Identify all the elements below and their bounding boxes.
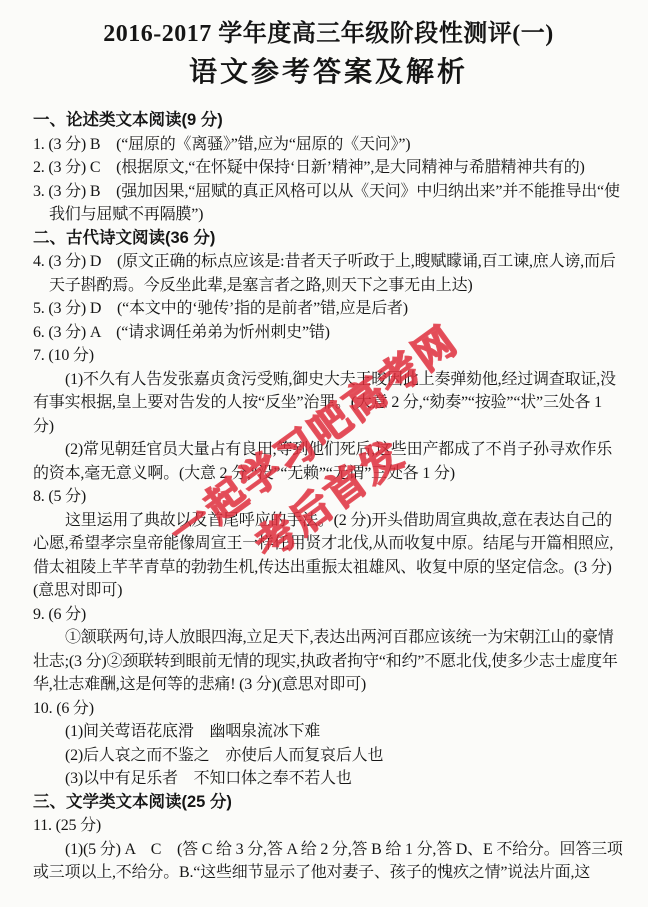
section-3-heading: 三、文学类文本阅读(25 分) [33,791,624,815]
answer-content: 一、论述类文本阅读(9 分) 1. (3 分) B (“屈原的《离骚》”错,应为… [33,109,624,885]
answer-line-q10-head: 10. (6 分) [33,697,624,721]
answer-line-q5: 5. (3 分) D (“本文中的‘驰传’指的是前者”错,应是后者) [33,297,624,321]
answer-line-q3: 3. (3 分) B (强加因果,“屈赋的真正风格可以从《天问》中归纳出来”并不… [33,180,624,227]
answer-line-q8-head: 8. (5 分) [33,485,624,509]
answer-para-q9: ①颔联两句,诗人放眼四海,立足天下,表达出两河百郡应该统一为宋朝江山的豪情壮志;… [33,626,624,697]
answer-para-q8: 这里运用了典故以及首尾呼应的手法。(2 分)开头借助周宣典故,意在表达自己的心愿… [33,509,624,580]
answer-para-q11-1: (1)(5 分) A C (答 C 给 3 分,答 A 给 2 分,答 B 给 … [33,838,624,885]
answer-line-q10-2: (2)后人哀之而不鉴之 亦使后人而复哀后人也 [33,744,624,768]
page-title: 语文参考答案及解析 [33,50,624,90]
answer-key-page: 2016-2017 学年度高三年级阶段性测评(一) 语文参考答案及解析 一、论述… [0,0,648,907]
answer-line-q6: 6. (3 分) A (“请求调任弟弟为忻州刺史”错) [33,321,624,345]
answer-line-q1: 1. (3 分) B (“屈原的《离骚》”错,应为“屈原的《天问》”) [33,133,624,157]
answer-para-q7-2: (2)常见朝廷官员大量占有良田,等到他们死后,这些田产都成了不肖子孙寻欢作乐的资… [33,438,624,485]
answer-line-q7-head: 7. (10 分) [33,344,624,368]
answer-para-q7-1: (1)不久有人告发张嘉贞贪污受贿,御史大夫王晙因此上奏弹劾他,经过调查取证,没有… [33,368,624,439]
section-2-heading: 二、古代诗文阅读(36 分) [33,227,624,251]
answer-line-q10-3: (3)以中有足乐者 不知口体之奉不若人也 [33,767,624,791]
answer-line-q4: 4. (3 分) D (原文正确的标点应该是:昔者天子听政于上,瞍赋矇诵,百工谏… [33,250,624,297]
answer-line-q9-head: 9. (6 分) [33,603,624,627]
answer-line-q10-1: (1)间关莺语花底滑 幽咽泉流冰下难 [33,720,624,744]
answer-line-q2: 2. (3 分) C (根据原文,“在怀疑中保持‘日新’精神”,是大同精神与希腊… [33,156,624,180]
exam-title: 2016-2017 学年度高三年级阶段性测评(一) [33,13,624,48]
answer-note-q8: (意思对即可) [33,579,624,603]
section-1-heading: 一、论述类文本阅读(9 分) [33,109,624,133]
answer-line-q11-head: 11. (25 分) [33,814,624,838]
